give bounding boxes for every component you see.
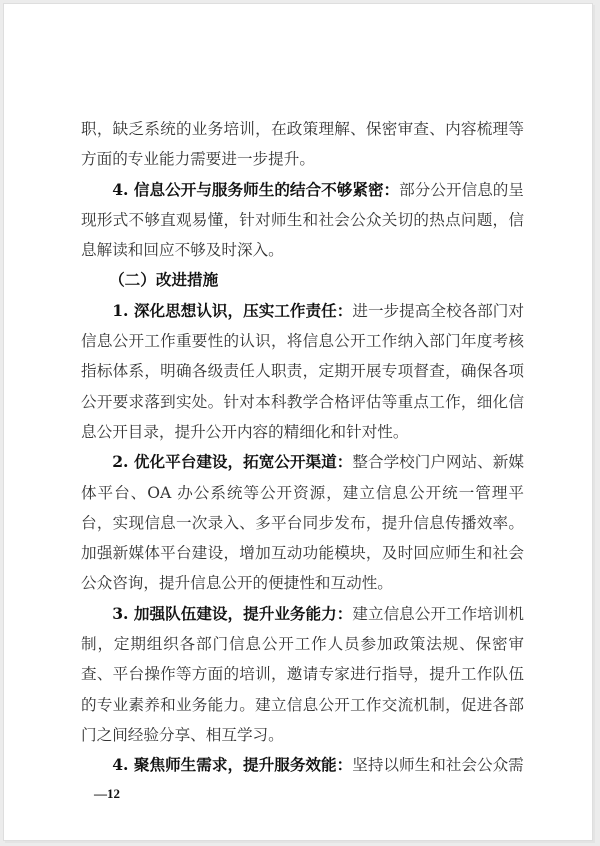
- paragraph-measure-3: 3. 加强队伍建设，提升业务能力：建立信息公开工作培训机制，定期组织各部门信息公…: [81, 599, 524, 750]
- paragraph-measure-2: 2. 优化平台建设，拓宽公开渠道：整合学校门户网站、新媒体平台、OA 办公系统等…: [81, 447, 524, 598]
- paragraph-text: 进一步提高全校各部门对信息公开工作重要性的认识，将信息公开工作纳入部门年度考核指…: [81, 302, 524, 441]
- document-body: 职，缺乏系统的业务培训，在政策理解、保密审查、内容梳理等方面的专业能力需要进一步…: [81, 114, 524, 781]
- paragraph-lead: 4. 聚焦师生需求，提升服务效能：: [112, 755, 352, 774]
- page-number: —12: [94, 786, 120, 802]
- paragraph-lead: 2. 优化平台建设，拓宽公开渠道：: [112, 452, 352, 471]
- paragraph-lead: 1. 深化思想认识，压实工作责任：: [112, 301, 352, 320]
- paragraph-continuation: 职，缺乏系统的业务培训，在政策理解、保密审查、内容梳理等方面的专业能力需要进一步…: [81, 114, 524, 175]
- paragraph-text: 坚持以师生和社会公众需: [352, 756, 524, 774]
- paragraph-text: 整合学校门户网站、新媒体平台、OA 办公系统等公开资源，建立信息公开统一管理平台…: [81, 453, 524, 592]
- paragraph-text: 建立信息公开工作培训机制，定期组织各部门信息公开工作人员参加政策法规、保密审查、…: [81, 605, 524, 744]
- paragraph-measure-4: 4. 聚焦师生需求，提升服务效能：坚持以师生和社会公众需: [81, 750, 524, 780]
- paragraph-issue-4: 4. 信息公开与服务师生的结合不够紧密：部分公开信息的呈现形式不够直观易懂，针对…: [81, 175, 524, 266]
- paragraph-lead: 3. 加强队伍建设，提升业务能力：: [112, 604, 352, 623]
- paragraph-measure-1: 1. 深化思想认识，压实工作责任：进一步提高全校各部门对信息公开工作重要性的认识…: [81, 296, 524, 447]
- document-page: 职，缺乏系统的业务培训，在政策理解、保密审查、内容梳理等方面的专业能力需要进一步…: [3, 3, 593, 841]
- section-heading-improvements: （二）改进措施: [81, 265, 524, 295]
- paragraph-lead: 4. 信息公开与服务师生的结合不够紧密：: [112, 180, 399, 199]
